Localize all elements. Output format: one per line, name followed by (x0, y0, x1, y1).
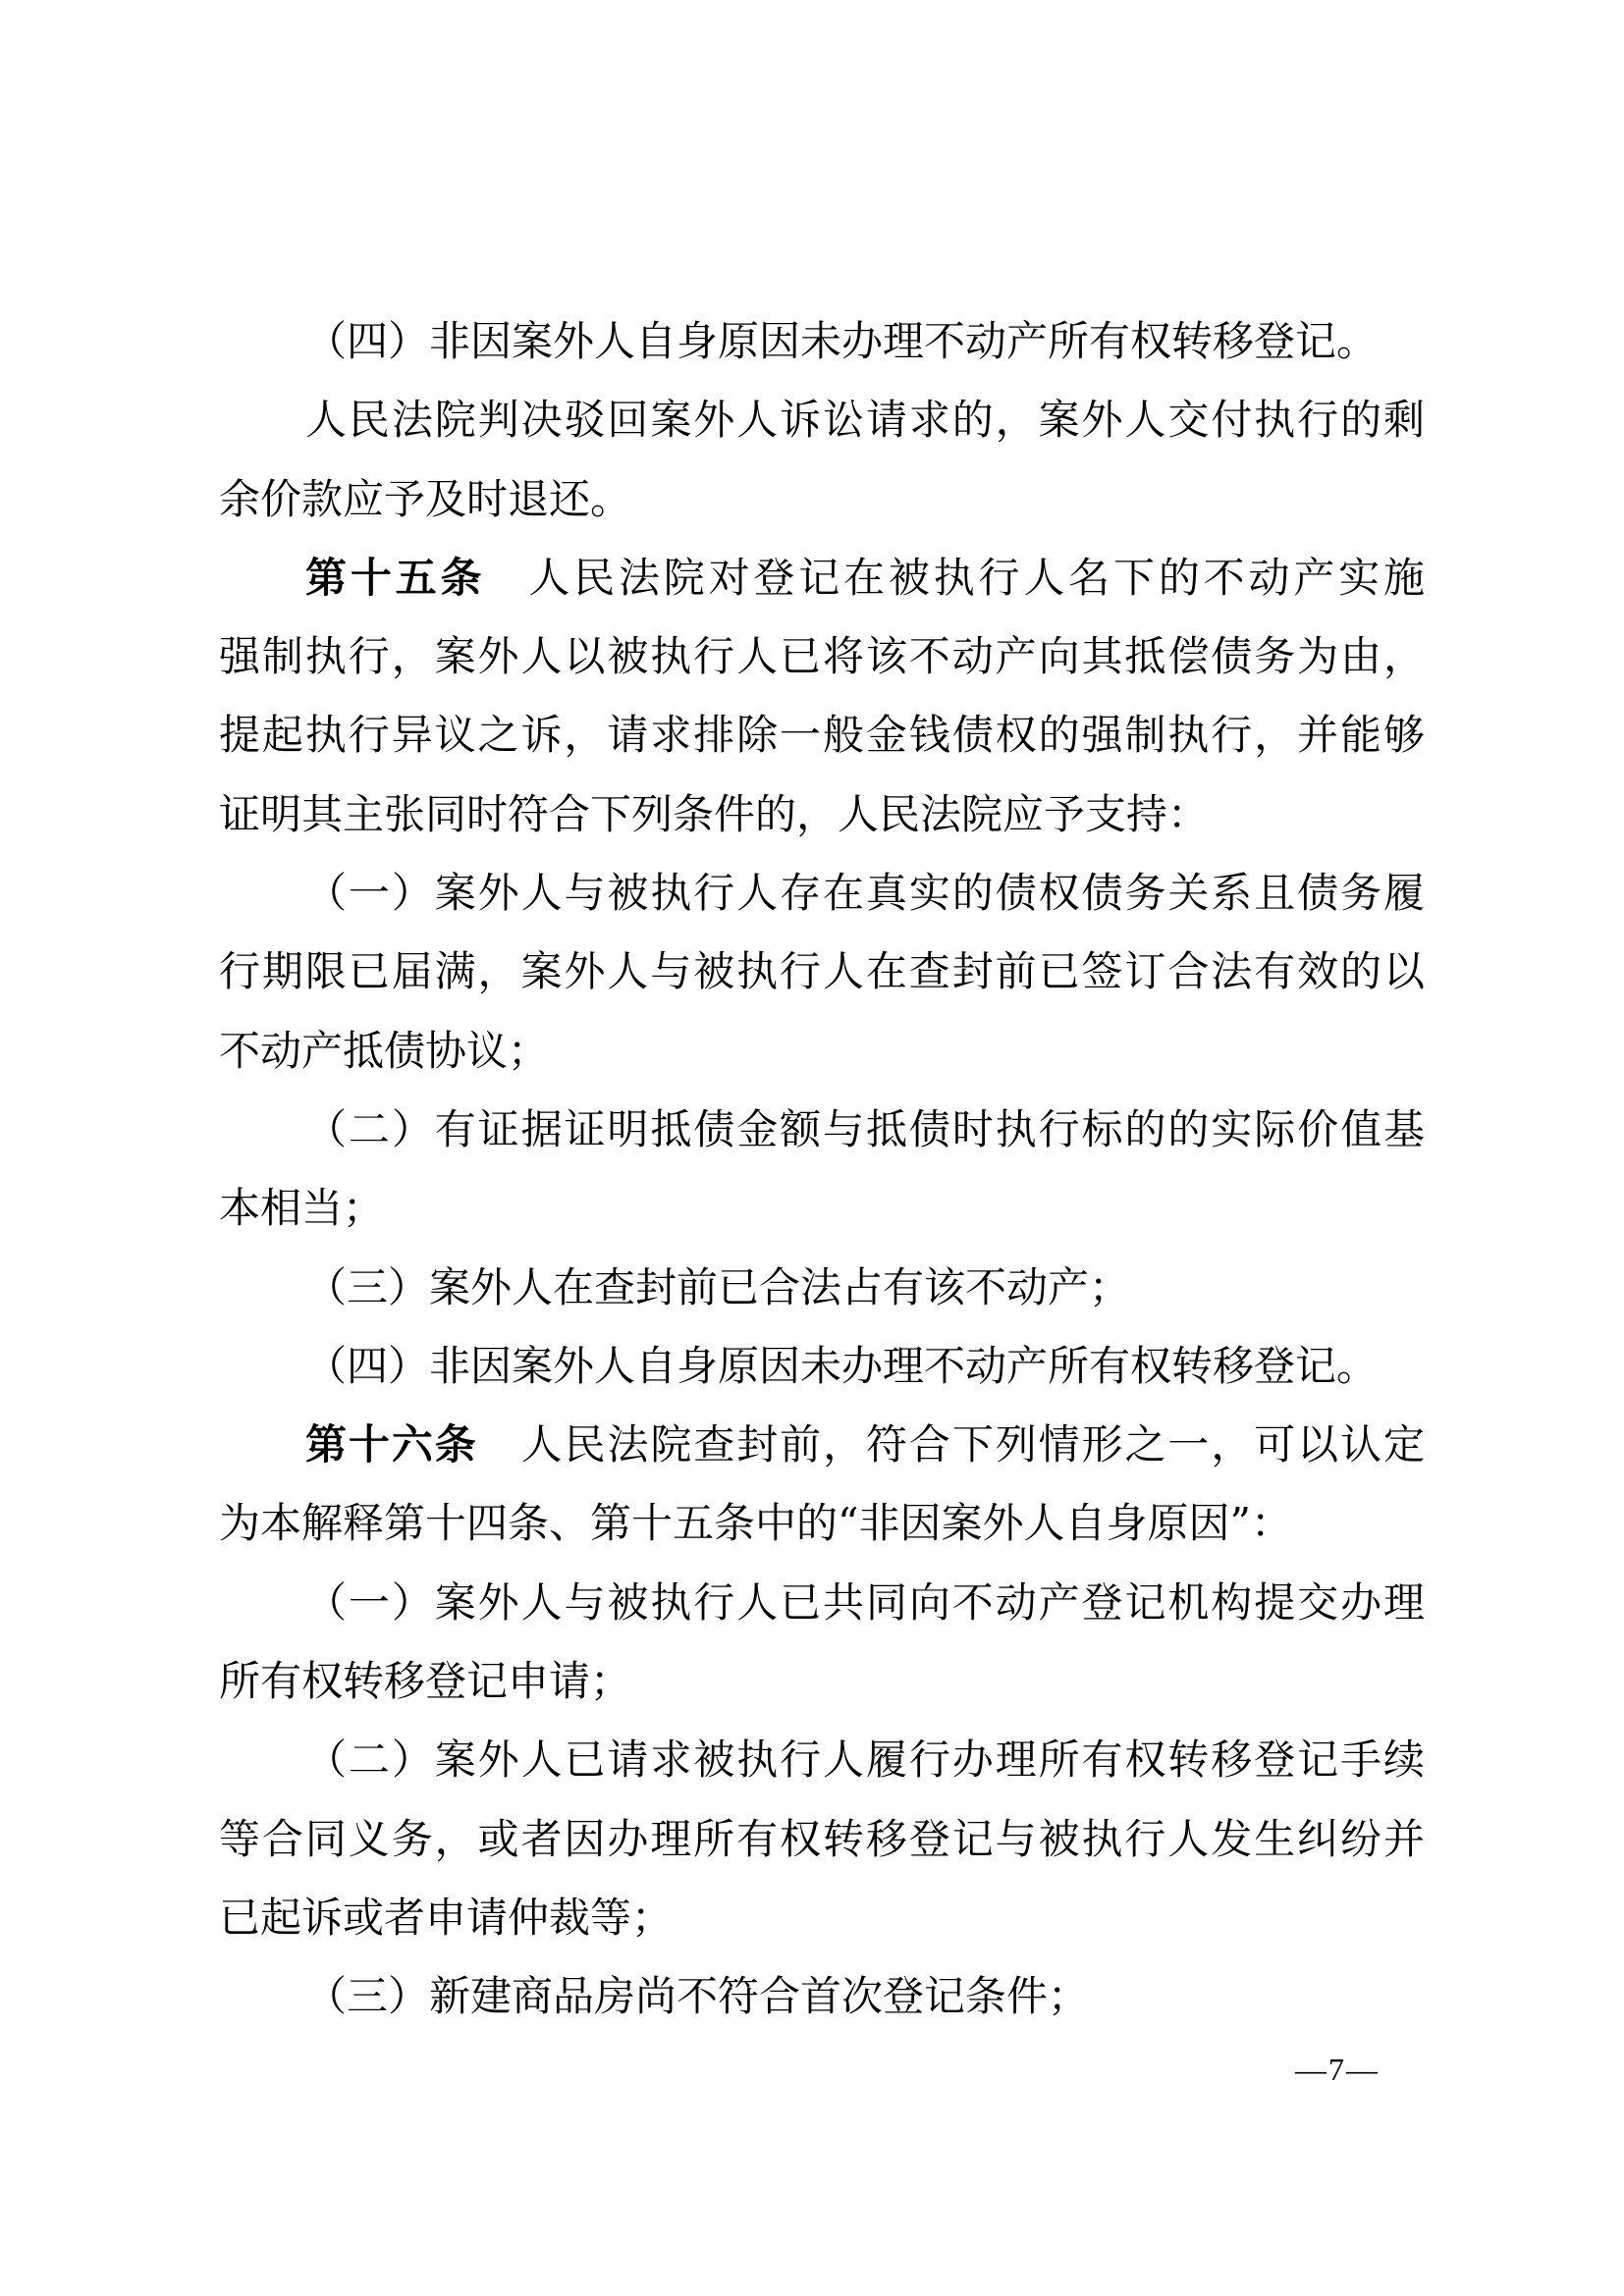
line-text: 人民法院查封前，符合下列情形之一，可以认定 (521, 1420, 1425, 1468)
line-text: 已起诉或者申请仲裁等； (219, 1894, 673, 1942)
document-page: （四）非因案外人自身原因未办理不动产所有权转移登记。 人民法院判决驳回案外人诉讼… (0, 0, 1624, 2296)
line-text: 人民法院对登记在被执行人名下的不动产实施 (528, 554, 1425, 602)
line-text: 等合同义务，或者因办理所有权转移登记与被执行人发生纠纷并 (219, 1815, 1425, 1863)
article-15-heading-line: 第十五条人民法院对登记在被执行人名下的不动产实施 (219, 539, 1425, 617)
line-text: 余价款应予及时退还。 (219, 475, 631, 523)
paragraph-line: 证明其主张同时符合下列条件的，人民法院应予支持： (219, 775, 1425, 854)
paragraph-line: 提起执行异议之诉，请求排除一般金钱债权的强制执行，并能够 (219, 696, 1425, 774)
line-text: 行期限已届满，案外人与被执行人在查封前已签订合法有效的以 (219, 947, 1425, 995)
line-text: （四）非因案外人自身原因未办理不动产所有权转移登记。 (305, 317, 1378, 365)
line-text: 为本解释第十四条、第十五条中的“非因案外人自身原因”： (219, 1499, 1292, 1547)
line-text: 所有权转移登记申请； (219, 1657, 631, 1705)
paragraph-line: 本相当； (219, 1169, 1425, 1248)
line-text: （一）案外人与被执行人存在真实的债权债务关系且债务履 (305, 869, 1425, 917)
list-item-2-clause-15: （二）有证据证明抵债金额与抵债时执行标的的实际价值基 (219, 1091, 1425, 1169)
paragraph-line: 强制执行，案外人以被执行人已将该不动产向其抵偿债务为由， (219, 617, 1425, 696)
line-text: （二）有证据证明抵债金额与抵债时执行标的的实际价值基 (305, 1105, 1425, 1153)
line-text: 人民法院判决驳回案外人诉讼请求的，案外人交付执行的剩 (305, 396, 1425, 444)
line-text: （三）新建商品房尚不符合首次登记条件； (305, 1972, 1089, 2020)
list-item-4-clause-15: （四）非因案外人自身原因未办理不动产所有权转移登记。 (219, 1327, 1425, 1406)
paragraph-line: 已起诉或者申请仲裁等； (219, 1879, 1425, 1957)
paragraph-line: 人民法院判决驳回案外人诉讼请求的，案外人交付执行的剩 (219, 381, 1425, 459)
paragraph-line: 行期限已届满，案外人与被执行人在查封前已签订合法有效的以 (219, 933, 1425, 1011)
article-16-heading-line: 第十六条人民法院查封前，符合下列情形之一，可以认定 (219, 1406, 1425, 1484)
line-text: 提起执行异议之诉，请求排除一般金钱债权的强制执行，并能够 (219, 711, 1425, 759)
list-item-4-clause-14: （四）非因案外人自身原因未办理不动产所有权转移登记。 (219, 302, 1425, 381)
paragraph-line: 所有权转移登记申请； (219, 1642, 1425, 1721)
list-item-2-clause-16: （二）案外人已请求被执行人履行办理所有权转移登记手续 (219, 1721, 1425, 1799)
document-body: （四）非因案外人自身原因未办理不动产所有权转移登记。 人民法院判决驳回案外人诉讼… (219, 302, 1425, 2037)
line-text: 证明其主张同时符合下列条件的，人民法院应予支持： (219, 790, 1209, 838)
line-text: 强制执行，案外人以被执行人已将该不动产向其抵偿债务为由， (219, 632, 1425, 680)
paragraph-line: 等合同义务，或者因办理所有权转移登记与被执行人发生纠纷并 (219, 1800, 1425, 1879)
line-text: （一）案外人与被执行人已共同向不动产登记机构提交办理 (305, 1578, 1425, 1627)
paragraph-line: 余价款应予及时退还。 (219, 460, 1425, 539)
list-item-3-clause-15: （三）案外人在查封前已合法占有该不动产； (219, 1249, 1425, 1327)
line-text: （三）案外人在查封前已合法占有该不动产； (305, 1263, 1130, 1311)
article-15-label: 第十五条 (305, 554, 485, 602)
line-text: （四）非因案外人自身原因未办理不动产所有权转移登记。 (305, 1342, 1378, 1390)
page-number: —7— (1292, 2050, 1382, 2089)
article-16-label: 第十六条 (305, 1420, 478, 1468)
list-item-1-clause-16: （一）案外人与被执行人已共同向不动产登记机构提交办理 (219, 1564, 1425, 1642)
line-text: （二）案外人已请求被执行人履行办理所有权转移登记手续 (305, 1735, 1425, 1784)
line-text: 不动产抵债协议； (219, 1027, 549, 1075)
paragraph-line: 不动产抵债协议； (219, 1012, 1425, 1091)
list-item-3-clause-16: （三）新建商品房尚不符合首次登记条件； (219, 1957, 1425, 2036)
list-item-1-clause-15: （一）案外人与被执行人存在真实的债权债务关系且债务履 (219, 854, 1425, 933)
paragraph-line: 为本解释第十四条、第十五条中的“非因案外人自身原因”： (219, 1484, 1425, 1563)
line-text: 本相当； (219, 1184, 384, 1232)
